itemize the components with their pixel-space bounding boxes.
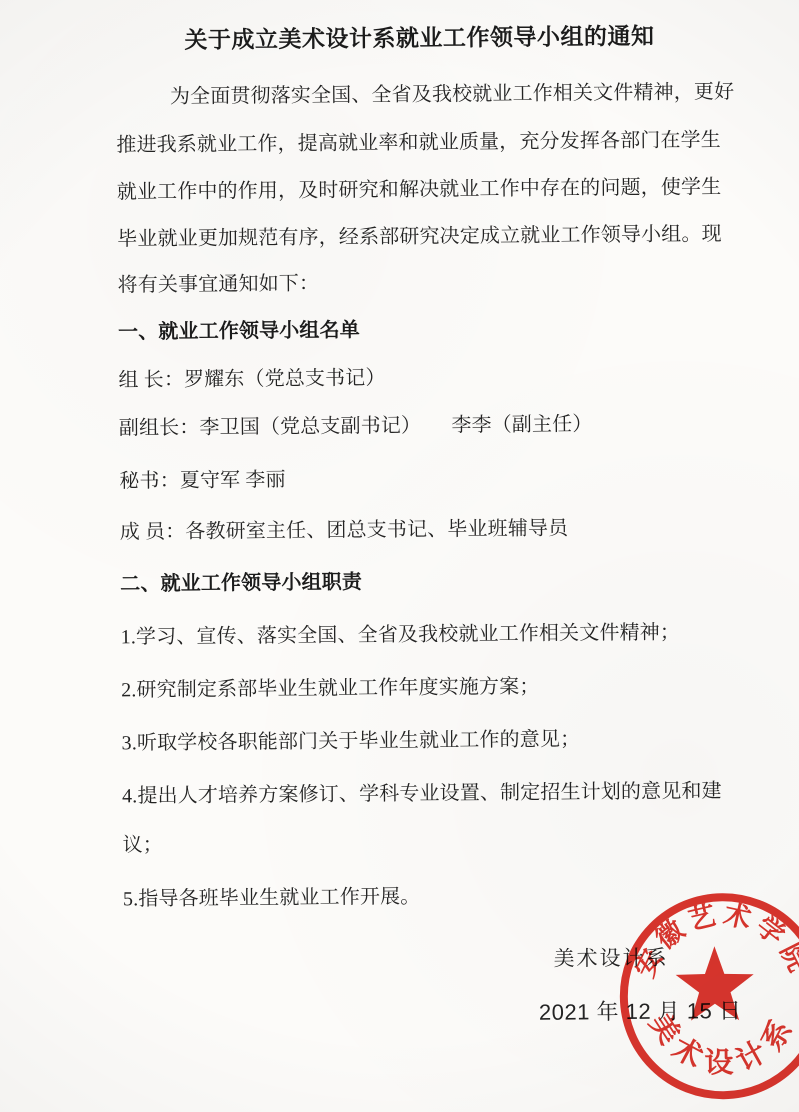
seal-bottom-text: 美术设计系 — [643, 1006, 799, 1079]
official-red-seal: 安徽艺术学院 美术设计系 — [611, 884, 799, 1108]
member-line-secretary: 秘书：夏守军 李丽 — [119, 466, 286, 495]
intro-line: 为全面贯彻落实全国、全省及我校就业工作相关文件精神，更好 — [170, 78, 734, 111]
duty-line-continuation: 议； — [122, 831, 163, 859]
duty-line: 2.研究制定系部毕业生就业工作年度实施方案； — [121, 673, 540, 705]
section-2-heading: 二、就业工作领导小组职责 — [120, 568, 362, 598]
member-line-members: 成 员：各教研室主任、团总支书记、毕业班辅导员 — [120, 515, 569, 547]
seal-star — [675, 946, 754, 1021]
scanned-notice-page: 关于成立美术设计系就业工作领导小组的通知 为全面贯彻落实全国、全省及我校就业工作… — [0, 0, 799, 1112]
document-content: 关于成立美术设计系就业工作领导小组的通知 为全面贯彻落实全国、全省及我校就业工作… — [0, 0, 799, 1112]
duty-line: 4.提出人才培养方案修订、学科专业设置、制定招生计划的意见和建 — [122, 777, 722, 810]
member-line-deputy: 副组长：李卫国（党总支副书记） 李李（副主任） — [119, 410, 593, 442]
section-1-heading: 一、就业工作领导小组名单 — [118, 316, 360, 346]
document-title: 关于成立美术设计系就业工作领导小组的通知 — [115, 21, 723, 54]
duty-line: 5.指导各班毕业生就业工作开展。 — [123, 883, 421, 914]
duty-line: 1.学习、宣传、落实全国、全省及我校就业工作相关文件精神； — [121, 619, 681, 652]
intro-line: 毕业就业更加规范有序，经系部研究决定成立就业工作领导小组。现 — [117, 220, 722, 253]
intro-line: 将有关事宜通知如下： — [118, 270, 320, 300]
member-line-leader: 组 长：罗耀东（党总支书记） — [118, 364, 385, 394]
duty-line: 3.听取学校各职能部门关于毕业生就业工作的意见； — [122, 725, 581, 757]
intro-line: 推进我系就业工作，提高就业率和就业质量，充分发挥各部门在学生 — [116, 126, 721, 159]
intro-line: 就业工作中的作用，及时研究和解决就业工作中存在的问题，使学生 — [117, 173, 722, 206]
